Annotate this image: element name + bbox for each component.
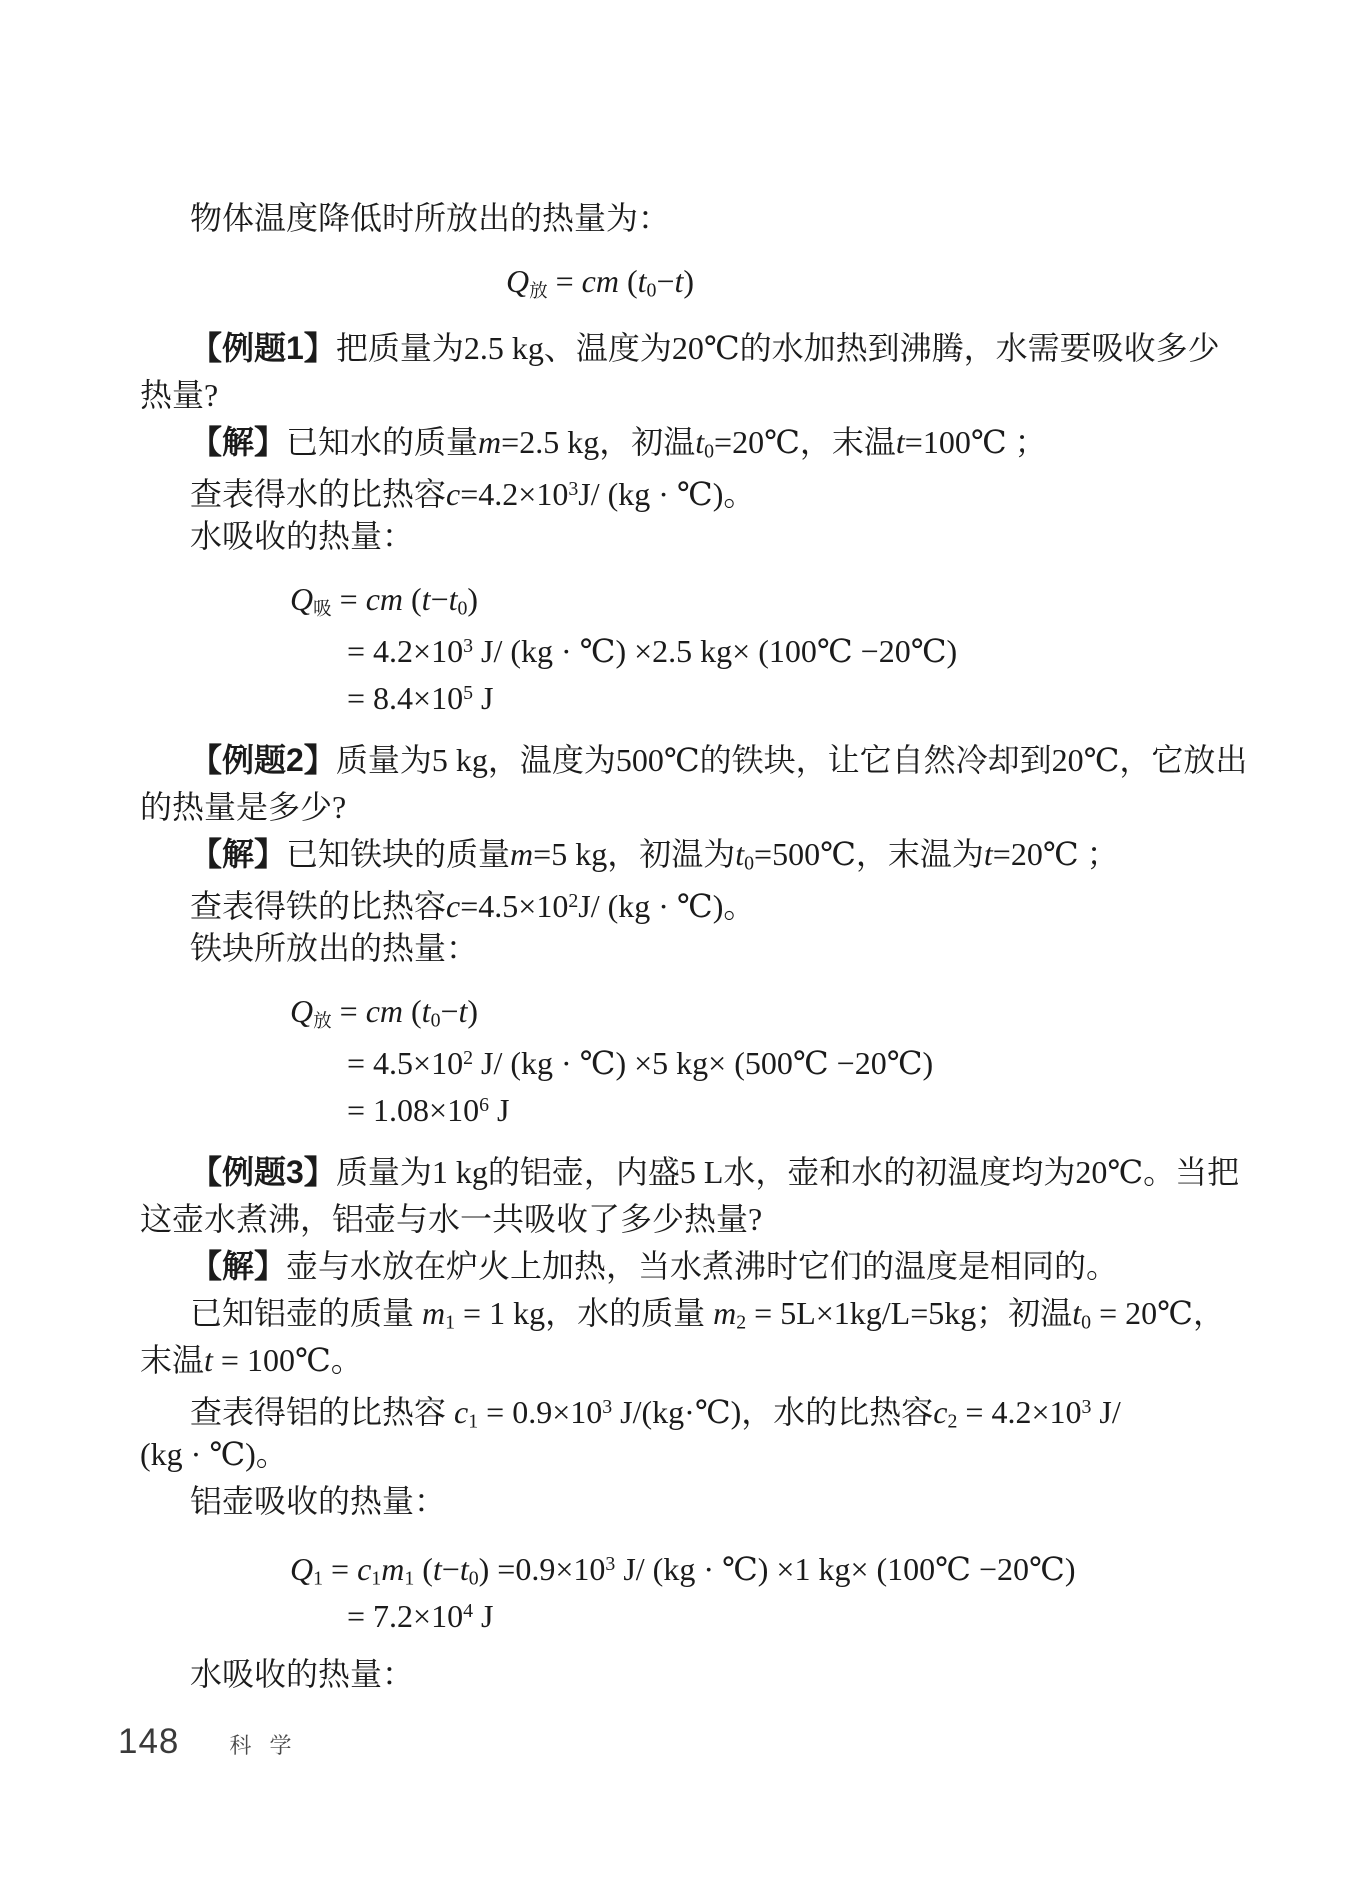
text-run: = 1.08×10 [347,1092,479,1128]
text-run: ( [403,993,422,1029]
text-run: =2.5 kg，初温 [501,424,695,460]
text-run: 这壶水煮沸，铝壶与水一共吸收了多少热量? [140,1201,762,1237]
text-run: 1 [313,1567,323,1589]
text-run: = 7.2×10 [347,1598,463,1634]
text-run: 1 [445,1311,455,1333]
text-run: = 20℃， [1091,1295,1225,1331]
text-run: Q [290,581,313,617]
text-run: = 8.4×10 [347,680,463,716]
text-run: 已知水的质量 [286,424,478,460]
text-run: 把质量为2.5 kg、温度为20℃的水加热到沸腾，水需要吸收多少 [336,330,1220,366]
text-run: c [446,476,460,512]
text-run: 0 [704,440,714,462]
example2-solution-given: 【解】已知铁块的质量m=5 kg，初温为t0=500℃，末温为t=20℃ ； [140,831,1260,878]
text-run: 的热量是多少? [140,789,346,825]
text-run: 【解】 [190,1248,286,1284]
text-run: 5 [463,682,473,704]
text-run: 铝壶吸收的热量： [190,1483,446,1519]
text-run: 3 [602,1396,612,1418]
text-run: m [510,836,533,872]
text-run: = 4.5×10 [347,1045,463,1081]
text-run: 【例题3】 [190,1154,336,1190]
text-run: t [204,1342,213,1378]
example3-question-line2: 这壶水煮沸，铝壶与水一共吸收了多少热量? [140,1196,1260,1243]
text-run: J/ (kg · ℃) ×1 kg× (100℃ −20℃) [615,1551,1075,1587]
text-run: 【解】 [190,836,286,872]
example3-equation-line1: Q1 = c1m1 (t−t0) =0.9×103 J/ (kg · ℃) ×1… [140,1541,1260,1588]
text-run: 放 [313,1011,332,1032]
text-run: = [548,263,582,299]
example3-specific-heats-line1: 查表得铝的比热容 c1 = 0.9×103 J/(kg·℃)，水的比热容c2 =… [140,1384,1260,1431]
example1-equation-line2: = 4.2×103 J/ (kg · ℃) ×2.5 kg× (100℃ −20… [140,623,1260,670]
example1-question-line2: 热量? [140,372,1260,419]
text-run: 1 [371,1567,381,1589]
text-run: ( [619,263,638,299]
text-run: 物体温度降低时所放出的热量为： [190,200,670,236]
text-run: 1 [404,1567,414,1589]
intro-release-heat-text: 物体温度降低时所放出的热量为： [140,195,1260,242]
example2-question-line1: 【例题2】质量为5 kg，温度为500℃的铁块，让它自然冷却到20℃，它放出 [140,737,1260,784]
text-run: t [449,581,458,617]
text-run: =4.5×10 [460,888,568,924]
text-run: J/ (kg · ℃) ×2.5 kg× (100℃ −20℃) [473,633,957,669]
text-run: 0 [469,1567,479,1589]
text-run: 吸 [313,599,332,620]
example2-equation-line2: = 4.5×102 J/ (kg · ℃) ×5 kg× (500℃ −20℃) [140,1035,1260,1082]
text-run: c [446,888,460,924]
text-run: 2 [568,890,578,912]
text-run: m [713,1295,736,1331]
text-run: ) [467,581,478,617]
example3-specific-heats-line2: (kg · ℃)。 [140,1431,1260,1478]
example2-heat-released-label: 铁块所放出的热量： [140,925,1260,972]
text-run: 查表得铁的比热容 [190,888,446,924]
text-run: J/ (kg · ℃)。 [578,476,755,512]
example1-specific-heat-water: 查表得水的比热容c=4.2×103J/ (kg · ℃)。 [140,466,1260,513]
text-run: = 1 kg，水的质量 [455,1295,713,1331]
example3-kettle-heat-label: 铝壶吸收的热量： [140,1478,1260,1525]
page-footer: 148 科 学 [118,1722,298,1762]
text-run: 【解】 [190,424,286,460]
text-run: 【例题2】 [190,742,336,778]
example3-solution-note: 【解】壶与水放在炉火上加热，当水煮沸时它们的温度是相同的。 [140,1243,1260,1290]
text-run: J/ [1091,1394,1120,1430]
example3-question-line1: 【例题3】质量为1 kg的铝壶，内盛5 L水，壶和水的初温度均为20℃。当把 [140,1149,1260,1196]
text-run: 4 [463,1600,473,1622]
example1-solution-given: 【解】已知水的质量m=2.5 kg，初温t0=20℃，末温t=100℃ ； [140,419,1260,466]
text-run: =5 kg，初温为 [533,836,735,872]
text-run: 放 [529,281,548,302]
text-run: =4.2×10 [460,476,568,512]
text-run: 水吸收的热量： [190,518,414,554]
text-run: =100℃ ； [905,424,1047,460]
text-run: = 0.9×10 [478,1394,602,1430]
example1-heat-absorbed-label: 水吸收的热量： [140,513,1260,560]
text-run: = 5L×1kg/L=5kg；初温 [746,1295,1072,1331]
text-run: Q [290,1551,313,1587]
text-run: 3 [1082,1396,1092,1418]
example2-question-line2: 的热量是多少? [140,784,1260,831]
text-run: 0 [1081,1311,1091,1333]
text-run: Q [506,263,529,299]
text-run: ) =0.9×10 [479,1551,606,1587]
text-run: 查表得铝的比热容 [190,1394,454,1430]
text-run: J/ (kg · ℃)。 [578,888,755,924]
text-run: J [489,1092,509,1128]
example2-specific-heat-iron: 查表得铁的比热容c=4.5×102J/ (kg · ℃)。 [140,878,1260,925]
example1-equation-line1: Q吸 = cm (t−t0) [140,576,1260,623]
text-run: ) [467,993,478,1029]
text-run: 已知铁块的质量 [286,836,510,872]
text-run: 3 [568,478,578,500]
text-run: 2 [947,1410,957,1432]
text-run: − [440,993,458,1029]
text-run: t [735,836,744,872]
text-run: m [478,424,501,460]
text-run: m [381,1551,404,1587]
text-run: t [984,836,993,872]
text-run: 3 [463,635,473,657]
textbook-page: 物体温度降低时所放出的热量为： Q放 = cm (t0−t) 【例题1】把质量为… [0,0,1360,1885]
text-run: ( [403,581,422,617]
text-run: 0 [744,852,754,874]
text-run: 壶与水放在炉火上加热，当水煮沸时它们的温度是相同的。 [286,1248,1118,1284]
text-run: J/ (kg · ℃) ×5 kg× (500℃ −20℃) [473,1045,933,1081]
text-run: = 4.2×10 [957,1394,1081,1430]
text-run: 3 [605,1553,615,1575]
formula-q-release: Q放 = cm (t0−t) [140,258,1260,305]
text-run: = [323,1551,357,1587]
text-run: 质量为5 kg，温度为500℃的铁块，让它自然冷却到20℃，它放出 [336,742,1248,778]
text-run: =20℃ ； [993,836,1119,872]
text-run: =20℃，末温 [714,424,896,460]
text-run: t [460,1551,469,1587]
text-run: ( [414,1551,433,1587]
text-run: = 4.2×10 [347,633,463,669]
text-run: 铁块所放出的热量： [190,930,478,966]
text-run: 水吸收的热量： [190,1656,414,1692]
example2-equation-line1: Q放 = cm (t0−t) [140,988,1260,1035]
text-run: 6 [479,1094,489,1116]
text-run: c [454,1394,468,1430]
text-run: J [473,680,493,716]
example2-equation-result: = 1.08×106 J [140,1082,1260,1129]
text-run: 2 [463,1047,473,1069]
text-run: = [332,581,366,617]
text-run: − [442,1551,460,1587]
example3-given-masses-line2: 末温t = 100℃。 [140,1337,1260,1384]
text-run: cm [582,263,619,299]
text-run: cm [366,581,403,617]
text-run: t [422,581,431,617]
text-run: = 100℃。 [213,1342,363,1378]
text-run: t [638,263,647,299]
text-run: = [332,993,366,1029]
text-run: 已知铝壶的质量 [190,1295,422,1331]
text-run: m [422,1295,445,1331]
example1-equation-result: = 8.4×105 J [140,670,1260,717]
text-run: 0 [647,279,657,301]
text-run: t [1072,1295,1081,1331]
example3-given-masses-line1: 已知铝壶的质量 m1 = 1 kg，水的质量 m2 = 5L×1kg/L=5kg… [140,1290,1260,1337]
example1-question-line1: 【例题1】把质量为2.5 kg、温度为20℃的水加热到沸腾，水需要吸收多少 [140,325,1260,372]
text-run: 2 [736,1311,746,1333]
text-run: 查表得水的比热容 [190,476,446,512]
page-number: 148 [118,1722,179,1762]
text-run: 1 [468,1410,478,1432]
text-run: 热量? [140,377,218,413]
text-run: t [422,993,431,1029]
text-run: 0 [458,597,468,619]
text-run: ) [683,263,694,299]
text-run: − [656,263,674,299]
text-run: 0 [431,1009,441,1031]
text-run: J [473,1598,493,1634]
text-run: 【例题1】 [190,330,336,366]
text-run: Q [290,993,313,1029]
text-run: (kg · ℃)。 [140,1436,288,1472]
text-run: − [431,581,449,617]
text-run: c [933,1394,947,1430]
text-run: 末温 [140,1342,204,1378]
text-run: t [695,424,704,460]
example3-equation-result: = 7.2×104 J [140,1588,1260,1635]
text-run: J/(kg·℃)，水的比热容 [612,1394,933,1430]
text-run: 质量为1 kg的铝壶，内盛5 L水，壶和水的初温度均为20℃。当把 [336,1154,1239,1190]
text-run: t [896,424,905,460]
example3-water-heat-label: 水吸收的热量： [140,1651,1260,1698]
page-body: 物体温度降低时所放出的热量为： Q放 = cm (t0−t) 【例题1】把质量为… [0,0,1360,1698]
text-run: c [357,1551,371,1587]
book-title: 科 学 [229,1729,297,1760]
text-run: =500℃，末温为 [754,836,984,872]
text-run: cm [366,993,403,1029]
text-run: t [433,1551,442,1587]
